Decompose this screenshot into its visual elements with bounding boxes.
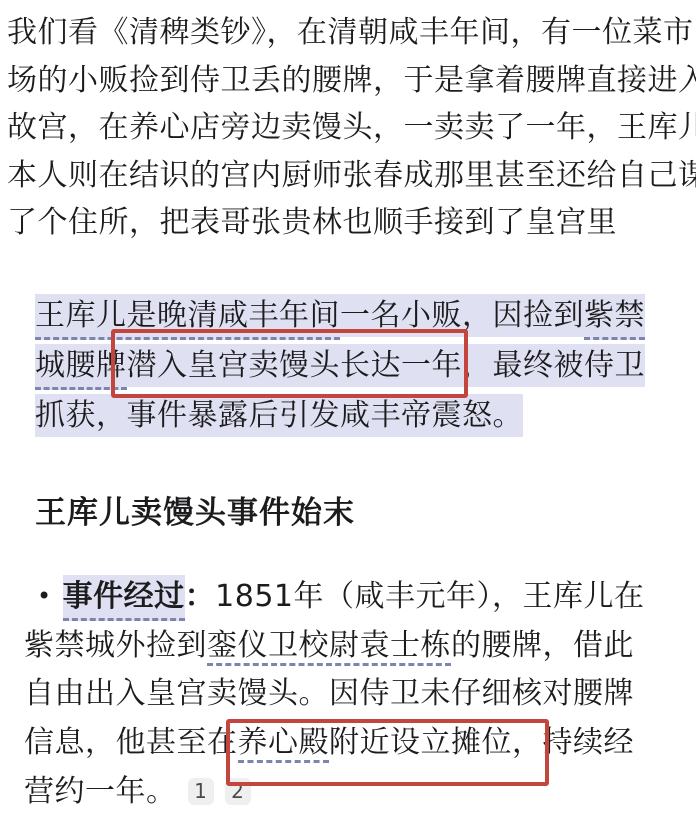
text-line: •事件经过：1851年（咸丰元年），王库儿在 — [24, 572, 645, 622]
text-segment: 信息，他甚至在 — [24, 725, 238, 760]
text-segment: 了个住所，把表哥张贵林也顺手接到了皇宫里 — [7, 205, 617, 240]
text-segment: 紫禁 — [584, 294, 645, 340]
summary-paragraph: 王库儿是晚清咸丰年间一名小贩，因捡到紫禁城腰牌潜入皇宫卖馒头长达一年，最终被侍卫… — [35, 291, 645, 441]
text-line: 营约一年。12 — [24, 768, 645, 817]
section-heading: 王库儿卖馒头事件始末 — [35, 487, 355, 532]
citation-chip[interactable]: 2 — [225, 778, 251, 805]
text-line: 本人则在结识的宫内厨师张春成那里甚至还给自己谋 — [7, 152, 696, 200]
bullet-marker: • — [37, 572, 52, 621]
text-segment: 抓获，事件暴露后引发咸丰帝震怒。 — [35, 394, 523, 437]
text-segment: 的腰牌，借此 — [451, 628, 634, 663]
text-segment: 场的小贩捡到侍卫丢的腰牌，于是拿着腰牌直接进入 — [7, 63, 696, 98]
text-line: 紫禁城外捡到銮仪卫校尉袁士栋的腰牌，借此 — [24, 622, 645, 671]
text-segment: 銮仪卫校尉袁士栋 — [207, 628, 451, 666]
text-line: 自由出入皇宫卖馒头。因侍卫未仔细核对腰牌 — [24, 670, 645, 719]
text-segment: 故宫，在养心店旁边卖馒头，一卖卖了一年，王库儿 — [7, 110, 696, 145]
text-line: 场的小贩捡到侍卫丢的腰牌，于是拿着腰牌直接进入 — [7, 57, 696, 105]
text-line: 信息，他甚至在养心殿附近设立摊位，持续经 — [24, 719, 645, 768]
text-segment: 营约一年。 — [24, 774, 177, 809]
text-segment: 自由出入皇宫卖馒头。因侍卫未仔细核对腰牌 — [24, 676, 634, 711]
text-line: 我们看《清稗类钞》，在清朝咸丰年间，有一位菜市 — [7, 9, 696, 57]
text-line: 故宫，在养心店旁边卖馒头，一卖卖了一年，王库儿 — [7, 104, 696, 152]
text-segment: 事件经过 — [63, 575, 185, 621]
text-segment: 养心殿 — [238, 725, 330, 763]
text-segment: 一名小贩，因捡到 — [340, 294, 584, 337]
text-segment: 城腰牌 — [35, 344, 127, 390]
event-bullet-item: •事件经过：1851年（咸丰元年），王库儿在紫禁城外捡到銮仪卫校尉袁士栋的腰牌，… — [24, 572, 645, 817]
text-segment: 附近设立摊位，持续经 — [329, 725, 634, 760]
text-segment: ： — [185, 579, 216, 614]
text-segment: 紫禁城外捡到 — [24, 628, 207, 663]
text-line: 城腰牌潜入皇宫卖馒头长达一年，最终被侍卫 — [35, 341, 645, 391]
text-segment: 我们看《清稗类钞》，在清朝咸丰年间，有一位菜市 — [7, 15, 694, 50]
text-segment: ，最终被侍卫 — [462, 344, 645, 387]
citation-chip[interactable]: 1 — [188, 778, 214, 805]
text-line: 王库儿是晚清咸丰年间一名小贩，因捡到紫禁 — [35, 291, 645, 341]
article-page: 我们看《清稗类钞》，在清朝咸丰年间，有一位菜市场的小贩捡到侍卫丢的腰牌，于是拿着… — [0, 0, 696, 821]
text-line: 抓获，事件暴露后引发咸丰帝震怒。 — [35, 391, 645, 441]
text-segment: 本人则在结识的宫内厨师张春成那里甚至还给自己谋 — [7, 158, 696, 193]
text-segment: 1851年（咸丰元年），王库儿在 — [215, 579, 644, 614]
text-segment: 潜入皇宫卖馒头长达一年 — [127, 344, 463, 387]
text-line: 了个住所，把表哥张贵林也顺手接到了皇宫里 — [7, 199, 696, 247]
text-segment: 王库儿是晚清咸丰年间 — [35, 294, 340, 340]
intro-paragraph: 我们看《清稗类钞》，在清朝咸丰年间，有一位菜市场的小贩捡到侍卫丢的腰牌，于是拿着… — [7, 9, 696, 247]
